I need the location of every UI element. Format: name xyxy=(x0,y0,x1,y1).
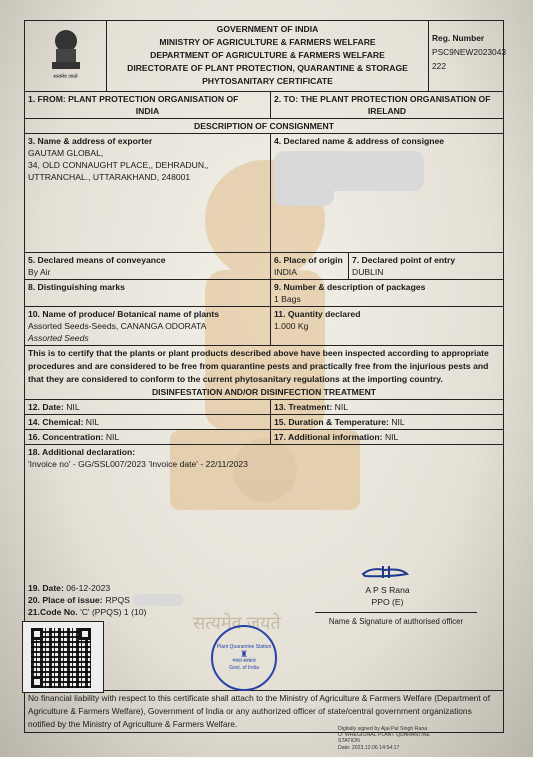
conveyance-row: 5. Declared means of conveyance By Air 6… xyxy=(25,253,503,280)
issue-date-value: 06-12-2023 xyxy=(66,583,110,593)
emblem-cell: सत्यमेव जयते xyxy=(25,21,107,91)
entry-value: DUBLIN xyxy=(352,266,500,278)
treatment-row-3: 16. Concentration: NIL 17. Additional in… xyxy=(25,430,503,445)
concentration-label: 16. Concentration: xyxy=(28,432,103,442)
packages-label: 9. Number & description of packages xyxy=(274,281,500,293)
to-cell: 2. TO: THE PLANT PROTECTION ORGANISATION… xyxy=(271,92,503,118)
issue-place-label: 20. Place of issue: xyxy=(28,594,103,606)
govt-title: GOVERNMENT OF INDIA xyxy=(107,23,428,36)
marks-value xyxy=(28,293,267,305)
treatment-heading: DISINFESTATION AND/OR DISINFECTION TREAT… xyxy=(28,386,500,398)
quantity-label: 11. Quantity declared xyxy=(274,308,500,320)
to-value: IRELAND xyxy=(274,105,500,117)
marks-cell: 8. Distinguishing marks xyxy=(25,280,271,306)
disclaimer-row: No financial liability with respect to t… xyxy=(25,691,503,732)
issue-date-label: 19. Date: xyxy=(28,583,64,593)
officer-designation: PPO (E) xyxy=(365,596,410,608)
consignee-label: 4. Declared name & address of consignee xyxy=(274,135,500,147)
code-label: 21.Code No. xyxy=(28,607,78,617)
treatment-type-cell: 13. Treatment: NIL xyxy=(271,400,503,414)
produce-label: 10. Name of produce/ Botanical name of p… xyxy=(28,308,267,320)
digital-signature: Digitally signed by Ajai Pal Singh Rana … xyxy=(338,726,430,751)
directorate-title: DIRECTORATE OF PLANT PROTECTION, QUARANT… xyxy=(107,62,428,75)
code-value: 'C' (PPQS) 1 (10) xyxy=(80,607,146,617)
produce-value: Assorted Seeds-Seeds, CANANGA ODORATA xyxy=(28,320,267,332)
exporter-line: 34, OLD CONNAUGHT PLACE,, DEHRADUN,, xyxy=(28,159,267,171)
officer-block: A P S Rana PPO (E) xyxy=(365,584,410,608)
consignee-redaction xyxy=(274,181,334,206)
chemical-value: NIL xyxy=(86,417,99,427)
certificate-header: सत्यमेव जयते GOVERNMENT OF INDIA MINISTR… xyxy=(25,21,503,92)
duration-label: 15. Duration & Temperature: xyxy=(274,417,389,427)
packages-value: 1 Bags xyxy=(274,293,500,305)
from-value: INDIA xyxy=(28,105,267,117)
certify-text: This is to certify that the plants or pl… xyxy=(28,347,500,386)
treatment-date-cell: 12. Date: NIL xyxy=(25,400,271,414)
produce-value-italic: Assorted Seeds xyxy=(28,332,267,344)
treatment-date-value: NIL xyxy=(66,402,79,412)
consignment-heading: DESCRIPTION OF CONSIGNMENT xyxy=(25,119,503,133)
marks-row: 8. Distinguishing marks 9. Number & desc… xyxy=(25,280,503,307)
exporter-label: 3. Name & address of exporter xyxy=(28,135,267,147)
declaration-block: 18. Additional declaration: 'Invoice no'… xyxy=(25,445,503,691)
declaration-cell: 18. Additional declaration: 'Invoice no'… xyxy=(25,445,503,690)
origin-value: INDIA xyxy=(274,266,345,278)
phytosanitary-certificate: सत्यमेव जयते GOVERNMENT OF INDIA MINISTR… xyxy=(24,20,504,733)
ministry-title: MINISTRY OF AGRICULTURE & FARMERS WELFAR… xyxy=(107,36,428,49)
concentration-cell: 16. Concentration: NIL xyxy=(25,430,271,444)
qr-code-icon[interactable] xyxy=(31,628,91,688)
header-title-block: GOVERNMENT OF INDIA MINISTRY OF AGRICULT… xyxy=(107,21,429,91)
entry-cell: 7. Declared point of entry DUBLIN xyxy=(349,253,503,279)
exporter-line: GAUTAM GLOBAL, xyxy=(28,147,267,159)
reg-number-value: PSC9NEW2023043 xyxy=(432,45,500,59)
produce-row: 10. Name of produce/ Botanical name of p… xyxy=(25,307,503,346)
treatment-row-1: 12. Date: NIL 13. Treatment: NIL xyxy=(25,400,503,415)
produce-cell: 10. Name of produce/ Botanical name of p… xyxy=(25,307,271,345)
from-cell: 1. FROM: PLANT PROTECTION ORGANISATION O… xyxy=(25,92,271,118)
treatment-date-label: 12. Date: xyxy=(28,402,64,412)
reg-number-label: Reg. Number xyxy=(432,31,500,45)
issue-place-value: RPQS xyxy=(106,594,130,606)
entry-label: 7. Declared point of entry xyxy=(352,254,500,266)
duration-value: NIL xyxy=(391,417,404,427)
treatment-type-label: 13. Treatment: xyxy=(274,402,332,412)
stamp-emblem-icon: ♜ xyxy=(240,651,248,658)
place-redaction xyxy=(133,594,183,606)
exporter-line: UTTRANCHAL., UTTARAKHAND, 248001 xyxy=(28,171,267,183)
certify-row: This is to certify that the plants or pl… xyxy=(25,346,503,400)
additional-info-cell: 17. Additional information: NIL xyxy=(271,430,503,444)
signature-icon xyxy=(361,564,411,582)
quantity-value: 1.000 Kg xyxy=(274,320,500,332)
reg-number-cell: Reg. Number PSC9NEW2023043 222 xyxy=(429,21,503,91)
certificate-title: PHYTOSANITARY CERTIFICATE xyxy=(107,75,428,88)
emblem-caption: सत्यमेव जयते xyxy=(53,71,77,83)
officer-name: A P S Rana xyxy=(365,584,410,596)
declaration-value: 'Invoice no' - GG/SSL007/2023 'Invoice d… xyxy=(28,458,500,470)
origin-label: 6. Place of origin xyxy=(274,254,345,266)
to-label: 2. TO: THE PLANT PROTECTION ORGANISATION… xyxy=(274,93,500,105)
consignment-heading-row: DESCRIPTION OF CONSIGNMENT xyxy=(25,119,503,134)
origin-cell: 6. Place of origin INDIA xyxy=(271,253,349,279)
stamp-text-mid: भारत सरकार xyxy=(232,658,256,665)
official-stamp-icon: Plant Quarantine Station ♜ भारत सरकार Go… xyxy=(211,625,277,691)
from-label: 1. FROM: PLANT PROTECTION ORGANISATION O… xyxy=(28,93,267,105)
department-title: DEPARTMENT OF AGRICULTURE & FARMERS WELF… xyxy=(107,49,428,62)
declaration-label: 18. Additional declaration: xyxy=(28,446,500,458)
certify-cell: This is to certify that the plants or pl… xyxy=(25,346,503,399)
chemical-label: 14. Chemical: xyxy=(28,417,83,427)
exporter-consignee-row: 3. Name & address of exporter GAUTAM GLO… xyxy=(25,134,503,253)
duration-cell: 15. Duration & Temperature: NIL xyxy=(271,415,503,429)
conveyance-cell: 5. Declared means of conveyance By Air xyxy=(25,253,271,279)
packages-cell: 9. Number & description of packages 1 Ba… xyxy=(271,280,503,306)
from-to-row: 1. FROM: PLANT PROTECTION ORGANISATION O… xyxy=(25,92,503,119)
reg-number-value-cont: 222 xyxy=(432,59,500,73)
issue-details: 19. Date: 06-12-2023 20. Place of issue:… xyxy=(28,582,183,618)
officer-caption: Name & Signature of authorised officer xyxy=(315,612,477,628)
conveyance-value: By Air xyxy=(28,266,267,278)
exporter-cell: 3. Name & address of exporter GAUTAM GLO… xyxy=(25,134,271,252)
qr-frame xyxy=(22,621,104,693)
additional-info-label: 17. Additional information: xyxy=(274,432,383,442)
consignee-cell: 4. Declared name & address of consignee xyxy=(271,134,503,252)
conveyance-label: 5. Declared means of conveyance xyxy=(28,254,267,266)
treatment-row-2: 14. Chemical: NIL 15. Duration & Tempera… xyxy=(25,415,503,430)
digital-signature-line: Date: 2023.12.06 14:54:17 xyxy=(338,745,430,751)
additional-info-value: NIL xyxy=(385,432,398,442)
chemical-cell: 14. Chemical: NIL xyxy=(25,415,271,429)
concentration-value: NIL xyxy=(106,432,119,442)
marks-label: 8. Distinguishing marks xyxy=(28,281,267,293)
quantity-cell: 11. Quantity declared 1.000 Kg xyxy=(271,307,503,345)
disclaimer-text: No financial liability with respect to t… xyxy=(25,691,503,732)
treatment-type-value: NIL xyxy=(335,402,348,412)
national-emblem-icon xyxy=(49,29,83,71)
stamp-text-bot: Govt. of India xyxy=(229,665,259,672)
